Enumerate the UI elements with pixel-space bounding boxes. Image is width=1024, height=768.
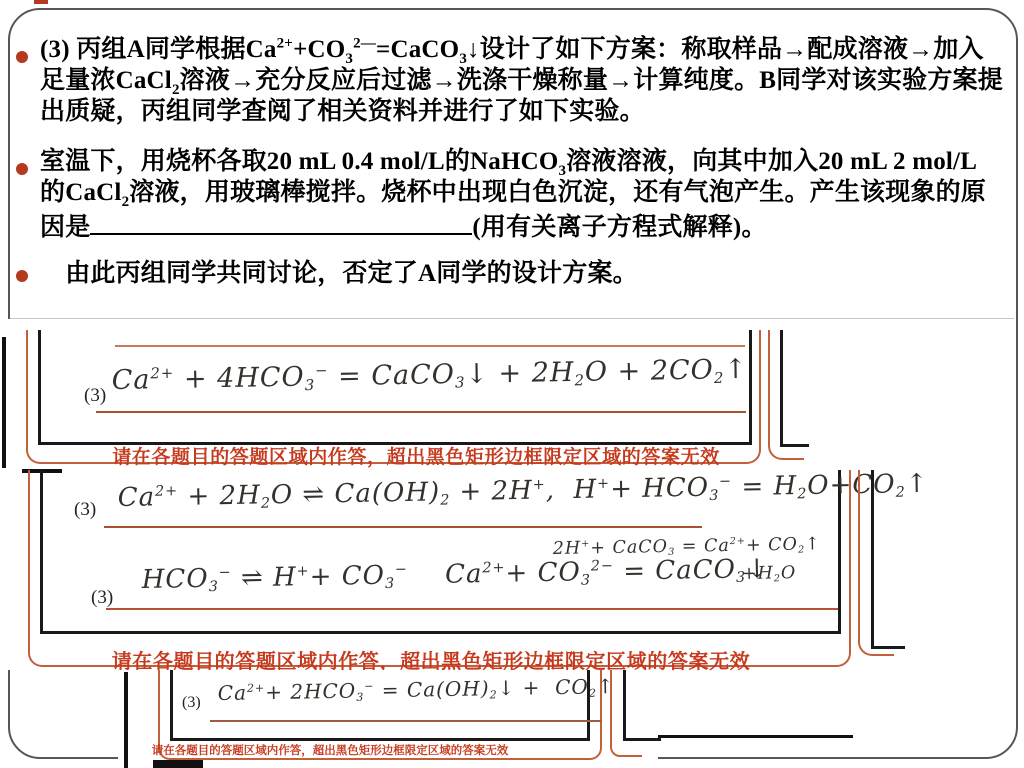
- adjacent-column-black-fragment-2: [871, 470, 905, 649]
- warning-caption-3: 请在各题目的答题区域内作答，超出黑色矩形边框限定区域的答案无效: [130, 742, 530, 758]
- answer-underline-3: [210, 720, 602, 722]
- question-label-2a: (3): [74, 499, 96, 521]
- bullet-dot-2: [16, 163, 28, 175]
- bullet-paragraph-2: 室温下，用烧杯各取20 mL 0.4 mol/L的NaHCO3溶液溶液，向其中加…: [40, 146, 1006, 243]
- bullet-dot-1: [16, 51, 28, 63]
- question-label-2b: (3): [91, 587, 113, 609]
- presentation-slide: (3) 丙组A同学根据Ca2++CO32—=CaCO3↓设计了如下方案：称取样品…: [0, 0, 1024, 768]
- adjacent-column-black-fragment-1: [780, 330, 809, 447]
- scan1-top-edge: [10, 318, 1014, 319]
- bullet-paragraph-1: (3) 丙组A同学根据Ca2++CO32—=CaCO3↓设计了如下方案：称取样品…: [40, 34, 1006, 127]
- bullet-dot-3: [16, 270, 28, 282]
- answer-underline-2b: [106, 608, 838, 610]
- answer-underline-1: [96, 411, 746, 413]
- adjacent-column-black-fragment-3: [623, 670, 661, 741]
- warning-caption-1: 请在各题目的答题区域内作答，超出黑色矩形边框限定区域的答案无效: [60, 442, 772, 469]
- scan3-left-black-edge: [124, 672, 128, 768]
- question-label-3: (3): [182, 694, 201, 712]
- top-edge-artifact: [34, 0, 48, 4]
- question-label-1: (3): [84, 385, 106, 407]
- scan-registration-mark: [153, 760, 203, 768]
- answer-line-1-top: [115, 345, 745, 347]
- answer-underline-2a: [104, 526, 702, 528]
- adjacent-column-bottom-line: [658, 735, 853, 738]
- bullet-paragraph-3: 由此丙组同学共同讨论，否定了A同学的设计方案。: [40, 258, 1006, 289]
